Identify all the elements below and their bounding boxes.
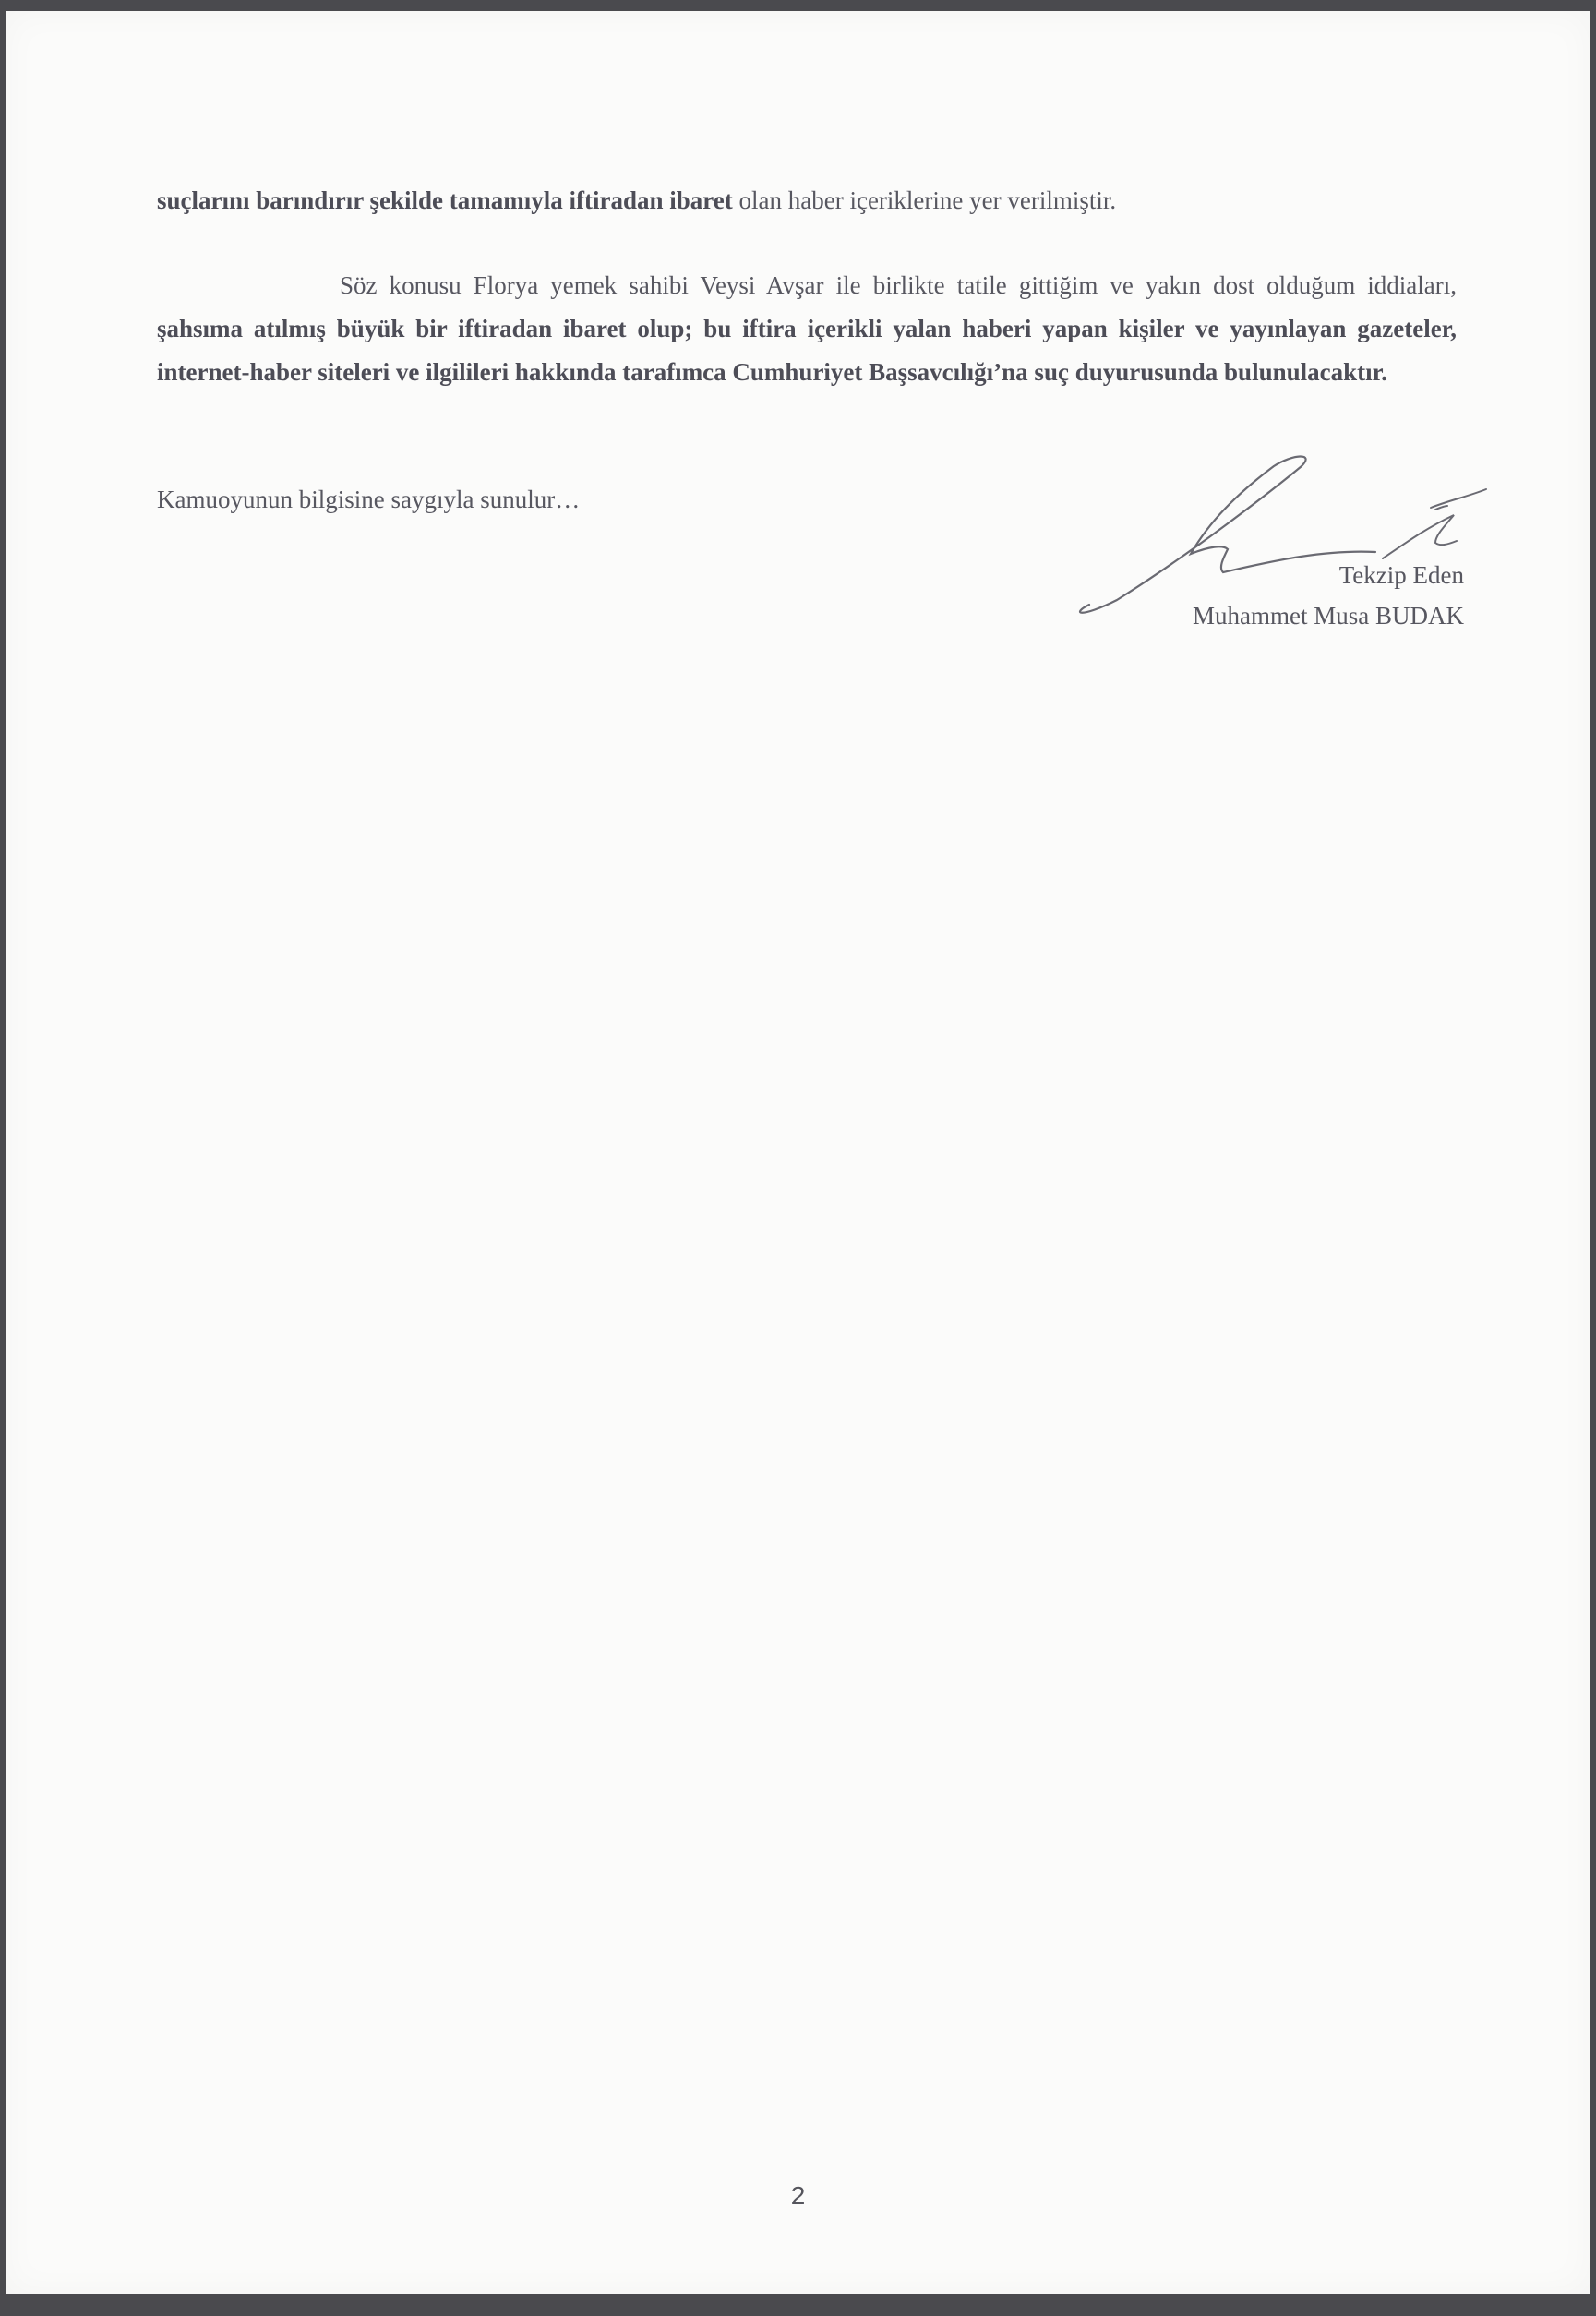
signature-block: Tekzip Eden Muhammet Musa BUDAK — [1062, 443, 1505, 646]
paragraph-denial: Söz konusu Florya yemek sahibi Veysi Avş… — [157, 264, 1457, 394]
paragraph-bold-text: suçlarını barındırır şekilde tamamıyla i… — [157, 186, 733, 214]
paragraph-intro-continuation: suçlarını barındırır şekilde tamamıyla i… — [157, 179, 1457, 222]
signature-title: Tekzip Eden — [1339, 561, 1464, 590]
signatory-name: Muhammet Musa BUDAK — [1193, 602, 1464, 630]
paragraph-bold-text: şahsıma atılmış büyük bir iftiradan ibar… — [157, 315, 1457, 386]
page-number: 2 — [0, 2181, 1596, 2211]
paragraph-normal-text: Söz konusu Florya yemek sahibi Veysi Avş… — [340, 271, 1457, 299]
paragraph-normal-text: olan haber içeriklerine yer verilmiştir. — [733, 186, 1116, 214]
